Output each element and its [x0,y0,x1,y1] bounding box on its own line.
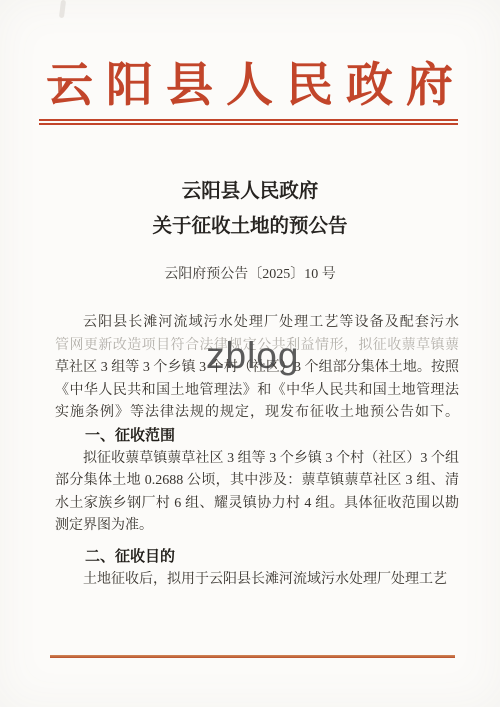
section-heading-purpose: 二、征收目的 [55,546,459,569]
paragraph-intro-seg1: 云阳县长滩河流域污水处理厂处理工艺等设备及配套污水 [83,315,459,330]
section-heading-scope: 一、征收范围 [55,425,459,448]
scanned-document-page: 云阳县人民政府 云阳县人民政府 关于征收土地的预公告 云阳府预公告〔2025〕1… [0,0,500,707]
watermark: zblog [206,336,299,376]
document-title-line1: 云阳县人民政府 [182,181,319,202]
document-title: 云阳县人民政府 关于征收土地的预公告 [0,174,500,244]
letterhead-double-rule [39,119,458,125]
document-title-line2: 关于征收土地的预公告 [152,216,347,237]
paragraph-purpose: 土地征收后，拟用于云阳县长滩河流域污水处理厂处理工艺 [55,569,459,592]
paragraph-scope: 拟征收蔈草镇蔈草社区 3 组等 3 个乡镇 3 个村（社区）3 个组部分集体土地… [55,448,459,538]
scan-artifact-smudge [59,0,66,18]
letterhead-title: 云阳县人民政府 [6,60,500,112]
footer-rule [50,655,455,658]
document-number: 云阳府预公告〔2025〕10 号 [0,265,500,285]
